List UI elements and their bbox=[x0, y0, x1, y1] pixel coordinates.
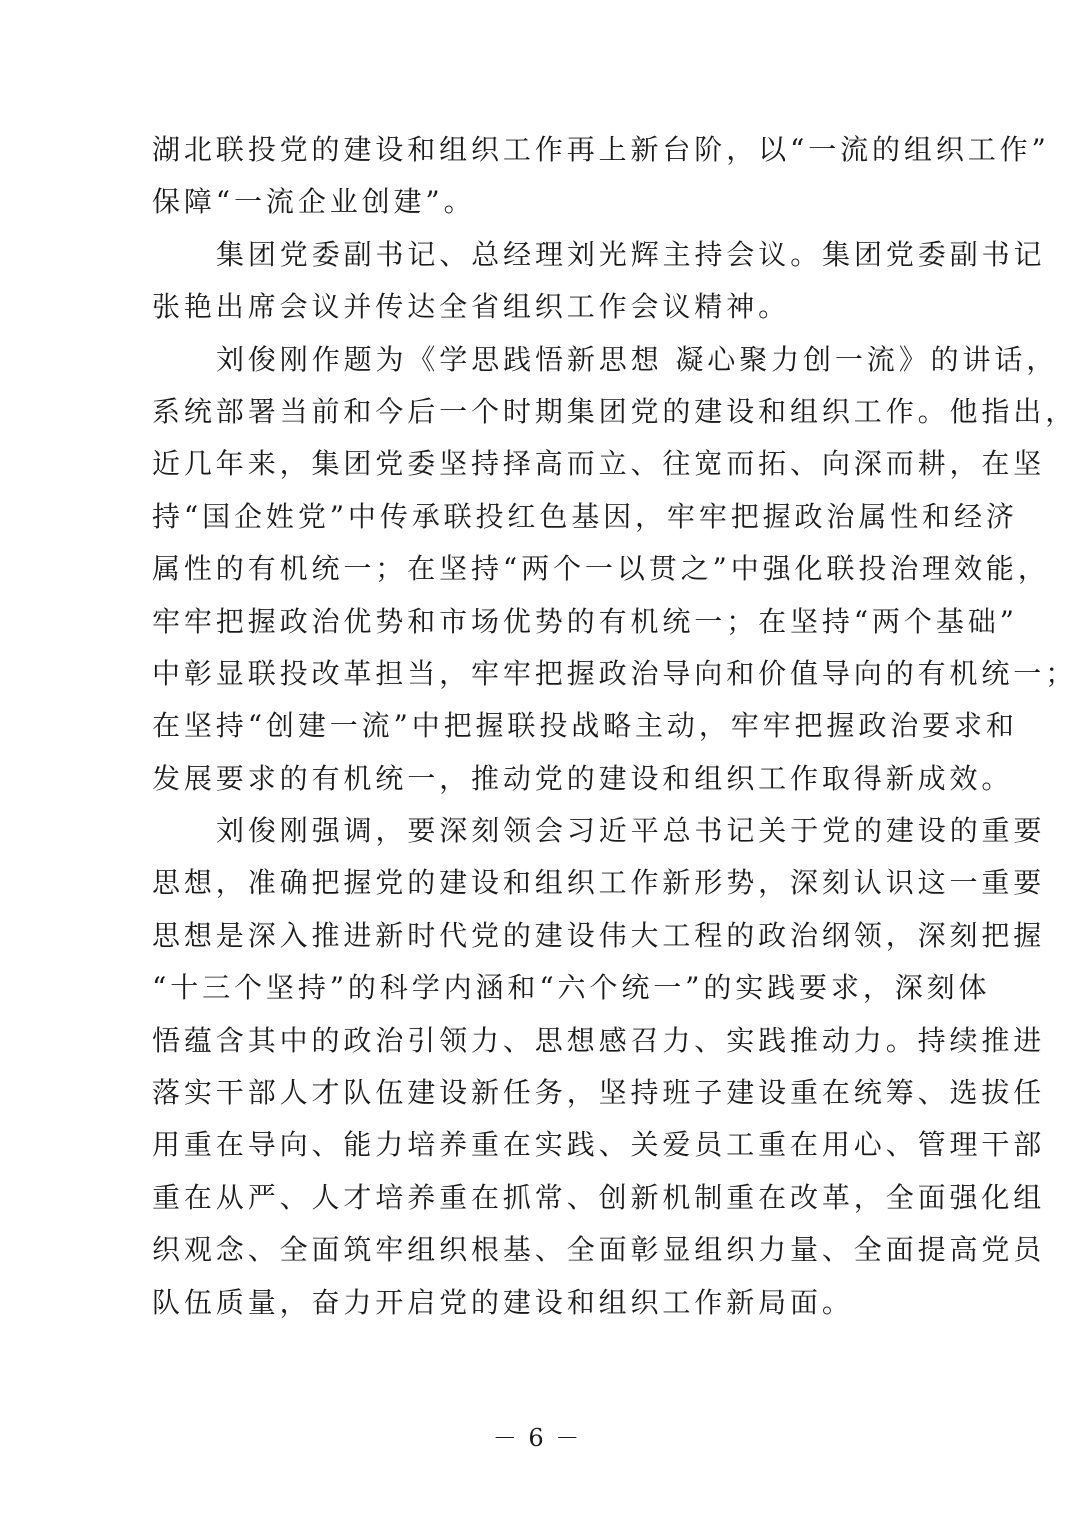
text-line: 重在从严、人才培养重在抓常、创新机制重在改革，全面强化组 bbox=[152, 1172, 924, 1224]
text-line: 刘俊刚作题为《学思践悟新思想 凝心聚力创一流》的讲话， bbox=[152, 334, 924, 386]
paragraph-4: 刘俊刚强调，要深刻领会习近平总书记关于党的建设的重要 思想，准确把握党的建设和组… bbox=[152, 805, 924, 1329]
text-line: 落实干部人才队伍建设新任务，坚持班子建设重在统筹、选拔任 bbox=[152, 1067, 924, 1119]
text-line: 中彰显联投改革担当，牢牢把握政治导向和价值导向的有机统一； bbox=[152, 648, 924, 700]
text-line: 在坚持“创建一流”中把握联投战略主动，牢牢把握政治要求和 bbox=[152, 700, 924, 752]
text-line: 牢牢把握政治优势和市场优势的有机统一；在坚持“两个基础” bbox=[152, 596, 924, 648]
paragraph-1: 湖北联投党的建设和组织工作再上新台阶，以“一流的组织工作” 保障“一流企业创建”… bbox=[152, 124, 924, 229]
body-text: 湖北联投党的建设和组织工作再上新台阶，以“一流的组织工作” 保障“一流企业创建”… bbox=[152, 124, 924, 1329]
paragraph-3: 刘俊刚作题为《学思践悟新思想 凝心聚力创一流》的讲话， 系统部署当前和今后一个时… bbox=[152, 334, 924, 806]
document-page: 湖北联投党的建设和组织工作再上新台阶，以“一流的组织工作” 保障“一流企业创建”… bbox=[0, 0, 1074, 1520]
text-line: 集团党委副书记、总经理刘光辉主持会议。集团党委副书记 bbox=[152, 229, 924, 281]
page-number: － 6 － bbox=[0, 1418, 1074, 1458]
text-line: 织观念、全面筑牢组织根基、全面彰显组织力量、全面提高党员 bbox=[152, 1224, 924, 1276]
text-line: 湖北联投党的建设和组织工作再上新台阶，以“一流的组织工作” bbox=[152, 124, 924, 176]
text-line: 悟蕴含其中的政治引领力、思想感召力、实践推动力。持续推进 bbox=[152, 1015, 924, 1067]
text-line: 思想是深入推进新时代党的建设伟大工程的政治纲领，深刻把握 bbox=[152, 910, 924, 962]
text-line: 张艳出席会议并传达全省组织工作会议精神。 bbox=[152, 281, 924, 333]
text-line: 发展要求的有机统一，推动党的建设和组织工作取得新成效。 bbox=[152, 753, 924, 805]
text-line: “十三个坚持”的科学内涵和“六个统一”的实践要求，深刻体 bbox=[152, 962, 924, 1014]
text-line: 持“国企姓党”中传承联投红色基因，牢牢把握政治属性和经济 bbox=[152, 491, 924, 543]
text-line: 用重在导向、能力培养重在实践、关爱员工重在用心、管理干部 bbox=[152, 1119, 924, 1171]
text-line: 属性的有机统一；在坚持“两个一以贯之”中强化联投治理效能， bbox=[152, 543, 924, 595]
text-line: 系统部署当前和今后一个时期集团党的建设和组织工作。他指出， bbox=[152, 386, 924, 438]
text-line: 队伍质量，奋力开启党的建设和组织工作新局面。 bbox=[152, 1277, 924, 1329]
paragraph-2: 集团党委副书记、总经理刘光辉主持会议。集团党委副书记 张艳出席会议并传达全省组织… bbox=[152, 229, 924, 334]
text-line: 保障“一流企业创建”。 bbox=[152, 176, 924, 228]
text-line: 思想，准确把握党的建设和组织工作新形势，深刻认识这一重要 bbox=[152, 857, 924, 909]
text-line: 近几年来，集团党委坚持择高而立、往宽而拓、向深而耕，在坚 bbox=[152, 438, 924, 490]
text-line: 刘俊刚强调，要深刻领会习近平总书记关于党的建设的重要 bbox=[152, 805, 924, 857]
